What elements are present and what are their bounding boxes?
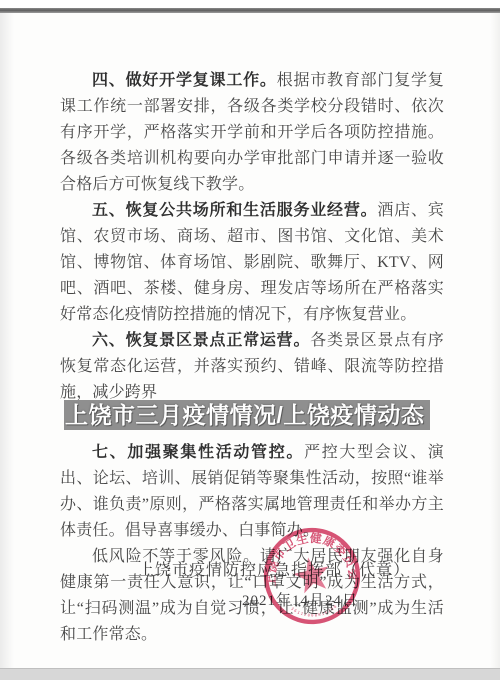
seal-star-icon xyxy=(290,554,333,595)
document-photo: 四、做好开学复课工作。根据市教育部门复学复课工作统一部署安排，各级各类学校分段错… xyxy=(0,0,500,680)
paragraph-7: 七、加强聚集性活动管控。严控大型会议、演出、论坛、培训、展销促销等聚集性活动，按… xyxy=(60,440,444,544)
page-left-shadow xyxy=(0,13,14,668)
paragraph-7-heading: 七、加强聚集性活动管控。 xyxy=(92,444,304,461)
paragraph-4-heading: 四、做好开学复课工作。 xyxy=(92,72,277,89)
paragraph-5-heading: 五、恢复公共场所和生活服务业经营。 xyxy=(92,202,377,219)
paragraph-5: 五、恢复公共场所和生活服务业经营。酒店、宾馆、农贸市场、商场、超市、图书馆、文化… xyxy=(60,198,444,328)
page-bottom-margin xyxy=(0,669,500,680)
overlay-title-banner: 上饶市三月疫情情况/上饶疫情动态 xyxy=(64,400,430,430)
official-red-seal: 上饶市卫生健康委员会 36112000616298 xyxy=(256,520,367,631)
paragraph-5-body: 酒店、宾馆、农贸市场、商场、超市、图书馆、文化馆、美术馆、博物馆、体育场馆、影剧… xyxy=(60,202,444,323)
paragraph-4-body: 根据市教育部门复学复课工作统一部署安排，各级各类学校分段错时、依次有序开学，严格… xyxy=(60,72,444,193)
paragraph-4: 四、做好开学复课工作。根据市教育部门复学复课工作统一部署安排，各级各类学校分段错… xyxy=(60,68,444,198)
page-top-margin xyxy=(0,0,500,8)
page-right-shadow xyxy=(490,13,500,668)
page-top-edge-line xyxy=(0,8,500,13)
paragraph-6-heading: 六、恢复景区景点正常运营。 xyxy=(92,332,310,349)
paragraph-6: 六、恢复景区景点正常运营。各类景区景点有序恢复常态化运营，并落实预约、错峰、限流… xyxy=(60,328,444,406)
